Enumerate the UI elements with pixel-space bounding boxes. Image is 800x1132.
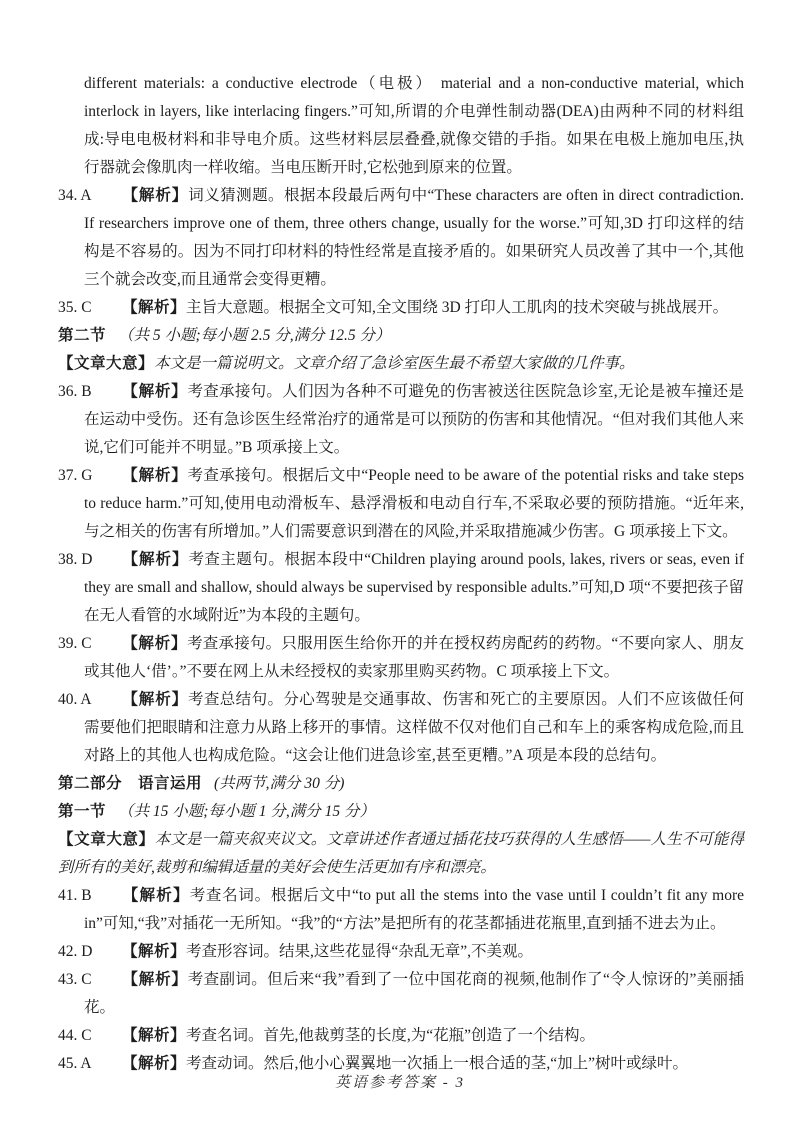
answer-item-34: 34. A【解析】词义猜测题。根据本段最后两句中“These character…: [58, 182, 744, 294]
heading-label: 第一节: [58, 803, 106, 820]
item-number: 34. A: [58, 182, 122, 210]
paragraph-text: 考查名词。首先,他裁剪茎的长度,为“花瓶”创造了一个结构。: [186, 1027, 595, 1044]
analysis-tag: 【解析】: [122, 383, 187, 400]
answer-item-41: 41. B【解析】考查名词。根据后文中“to put all the stems…: [58, 882, 744, 938]
answer-item-42: 42. D【解析】考查形容词。结果,这些花显得“杂乱无章”,不美观。: [58, 938, 744, 966]
analysis-tag: 【解析】: [122, 299, 186, 316]
analysis-tag: 【解析】: [122, 971, 188, 988]
item-number: 36. B: [58, 378, 122, 406]
item-number: 41. B: [58, 882, 122, 910]
analysis-tag: 【解析】: [122, 467, 188, 484]
analysis-tag: 【文章大意】: [58, 355, 154, 372]
analysis-tag: 【解析】: [122, 551, 188, 568]
item-number: 40. A: [58, 686, 122, 714]
analysis-tag: 【解析】: [122, 187, 188, 204]
analysis-tag: 【解析】: [122, 943, 186, 960]
section-heading-2: 第二节（共 5 小题;每小题 2.5 分,满分 12.5 分）: [58, 322, 744, 350]
item-33-continuation: different materials: a conductive electr…: [58, 70, 744, 182]
analysis-tag: 【解析】: [122, 691, 188, 708]
paragraph-text: 考查形容词。结果,这些花显得“杂乱无章”,不美观。: [186, 943, 533, 960]
analysis-tag: 【解析】: [122, 887, 190, 904]
answer-item-38: 38. D【解析】考查主题句。根据本段中“Children playing ar…: [58, 546, 744, 630]
analysis-tag: 【文章大意】: [58, 831, 155, 848]
analysis-tag: 【解析】: [122, 1027, 186, 1044]
item-number: 35. C: [58, 294, 122, 322]
heading-detail: (共两节,满分 30 分): [214, 775, 344, 792]
item-number: 43. C: [58, 966, 122, 994]
paragraph-text: 本文是一篇说明文。文章介绍了急诊室医生最不希望大家做的几件事。: [154, 355, 635, 372]
page-footer: 英语参考答案 - 3: [0, 1071, 800, 1092]
answer-item-36: 36. B【解析】考查承接句。人们因为各种不可避免的伤害被送往医院急诊室,无论是…: [58, 378, 744, 462]
heading-label: 第二节: [58, 327, 106, 344]
heading-label: 第二部分 语言运用: [58, 775, 202, 792]
item-number: 39. C: [58, 630, 122, 658]
answer-item-35: 35. C【解析】主旨大意题。根据全文可知,全文围绕 3D 打印人工肌肉的技术突…: [58, 294, 744, 322]
heading-detail: （共 5 小题;每小题 2.5 分,满分 12.5 分）: [118, 327, 391, 344]
part-heading-2: 第二部分 语言运用(共两节,满分 30 分): [58, 770, 744, 798]
analysis-tag: 【解析】: [122, 1055, 186, 1072]
paragraph-text: 考查动词。然后,他小心翼翼地一次插上一根合适的茎,“加上”树叶或绿叶。: [186, 1055, 688, 1072]
analysis-tag: 【解析】: [122, 635, 187, 652]
item-number: 42. D: [58, 938, 122, 966]
paragraph-text: 主旨大意题。根据全文可知,全文围绕 3D 打印人工肌肉的技术突破与挑战展开。: [186, 299, 728, 316]
heading-detail: （共 15 小题;每小题 1 分,满分 15 分）: [118, 803, 375, 820]
item-number: 44. C: [58, 1022, 122, 1050]
passage-summary-2: 【文章大意】本文是一篇夹叙夹议文。文章讲述作者通过插花技巧获得的人生感悟——人生…: [58, 826, 744, 882]
scanned-answer-page: different materials: a conductive electr…: [0, 0, 800, 1132]
section-heading-1: 第一节（共 15 小题;每小题 1 分,满分 15 分）: [58, 798, 744, 826]
answer-item-43: 43. C【解析】考查副词。但后来“我”看到了一位中国花商的视频,他制作了“令人…: [58, 966, 744, 1022]
passage-summary-1: 【文章大意】本文是一篇说明文。文章介绍了急诊室医生最不希望大家做的几件事。: [58, 350, 744, 378]
paragraph-text: different materials: a conductive electr…: [84, 75, 744, 176]
footer-page-label: 英语参考答案 - 3: [335, 1075, 465, 1091]
item-number: 37. G: [58, 462, 122, 490]
item-number: 38. D: [58, 546, 122, 574]
answer-item-37: 37. G【解析】考查承接句。根据后文中“People need to be a…: [58, 462, 744, 546]
document-body: different materials: a conductive electr…: [58, 70, 744, 1078]
paragraph-text: 本文是一篇夹叙夹议文。文章讲述作者通过插花技巧获得的人生感悟——人生不可能得到所…: [58, 831, 744, 876]
answer-item-40: 40. A【解析】考查总结句。分心驾驶是交通事故、伤害和死亡的主要原因。人们不应…: [58, 686, 744, 770]
answer-item-44: 44. C【解析】考查名词。首先,他裁剪茎的长度,为“花瓶”创造了一个结构。: [58, 1022, 744, 1050]
answer-item-39: 39. C【解析】考查承接句。只服用医生给你开的并在授权药房配药的药物。“不要向…: [58, 630, 744, 686]
